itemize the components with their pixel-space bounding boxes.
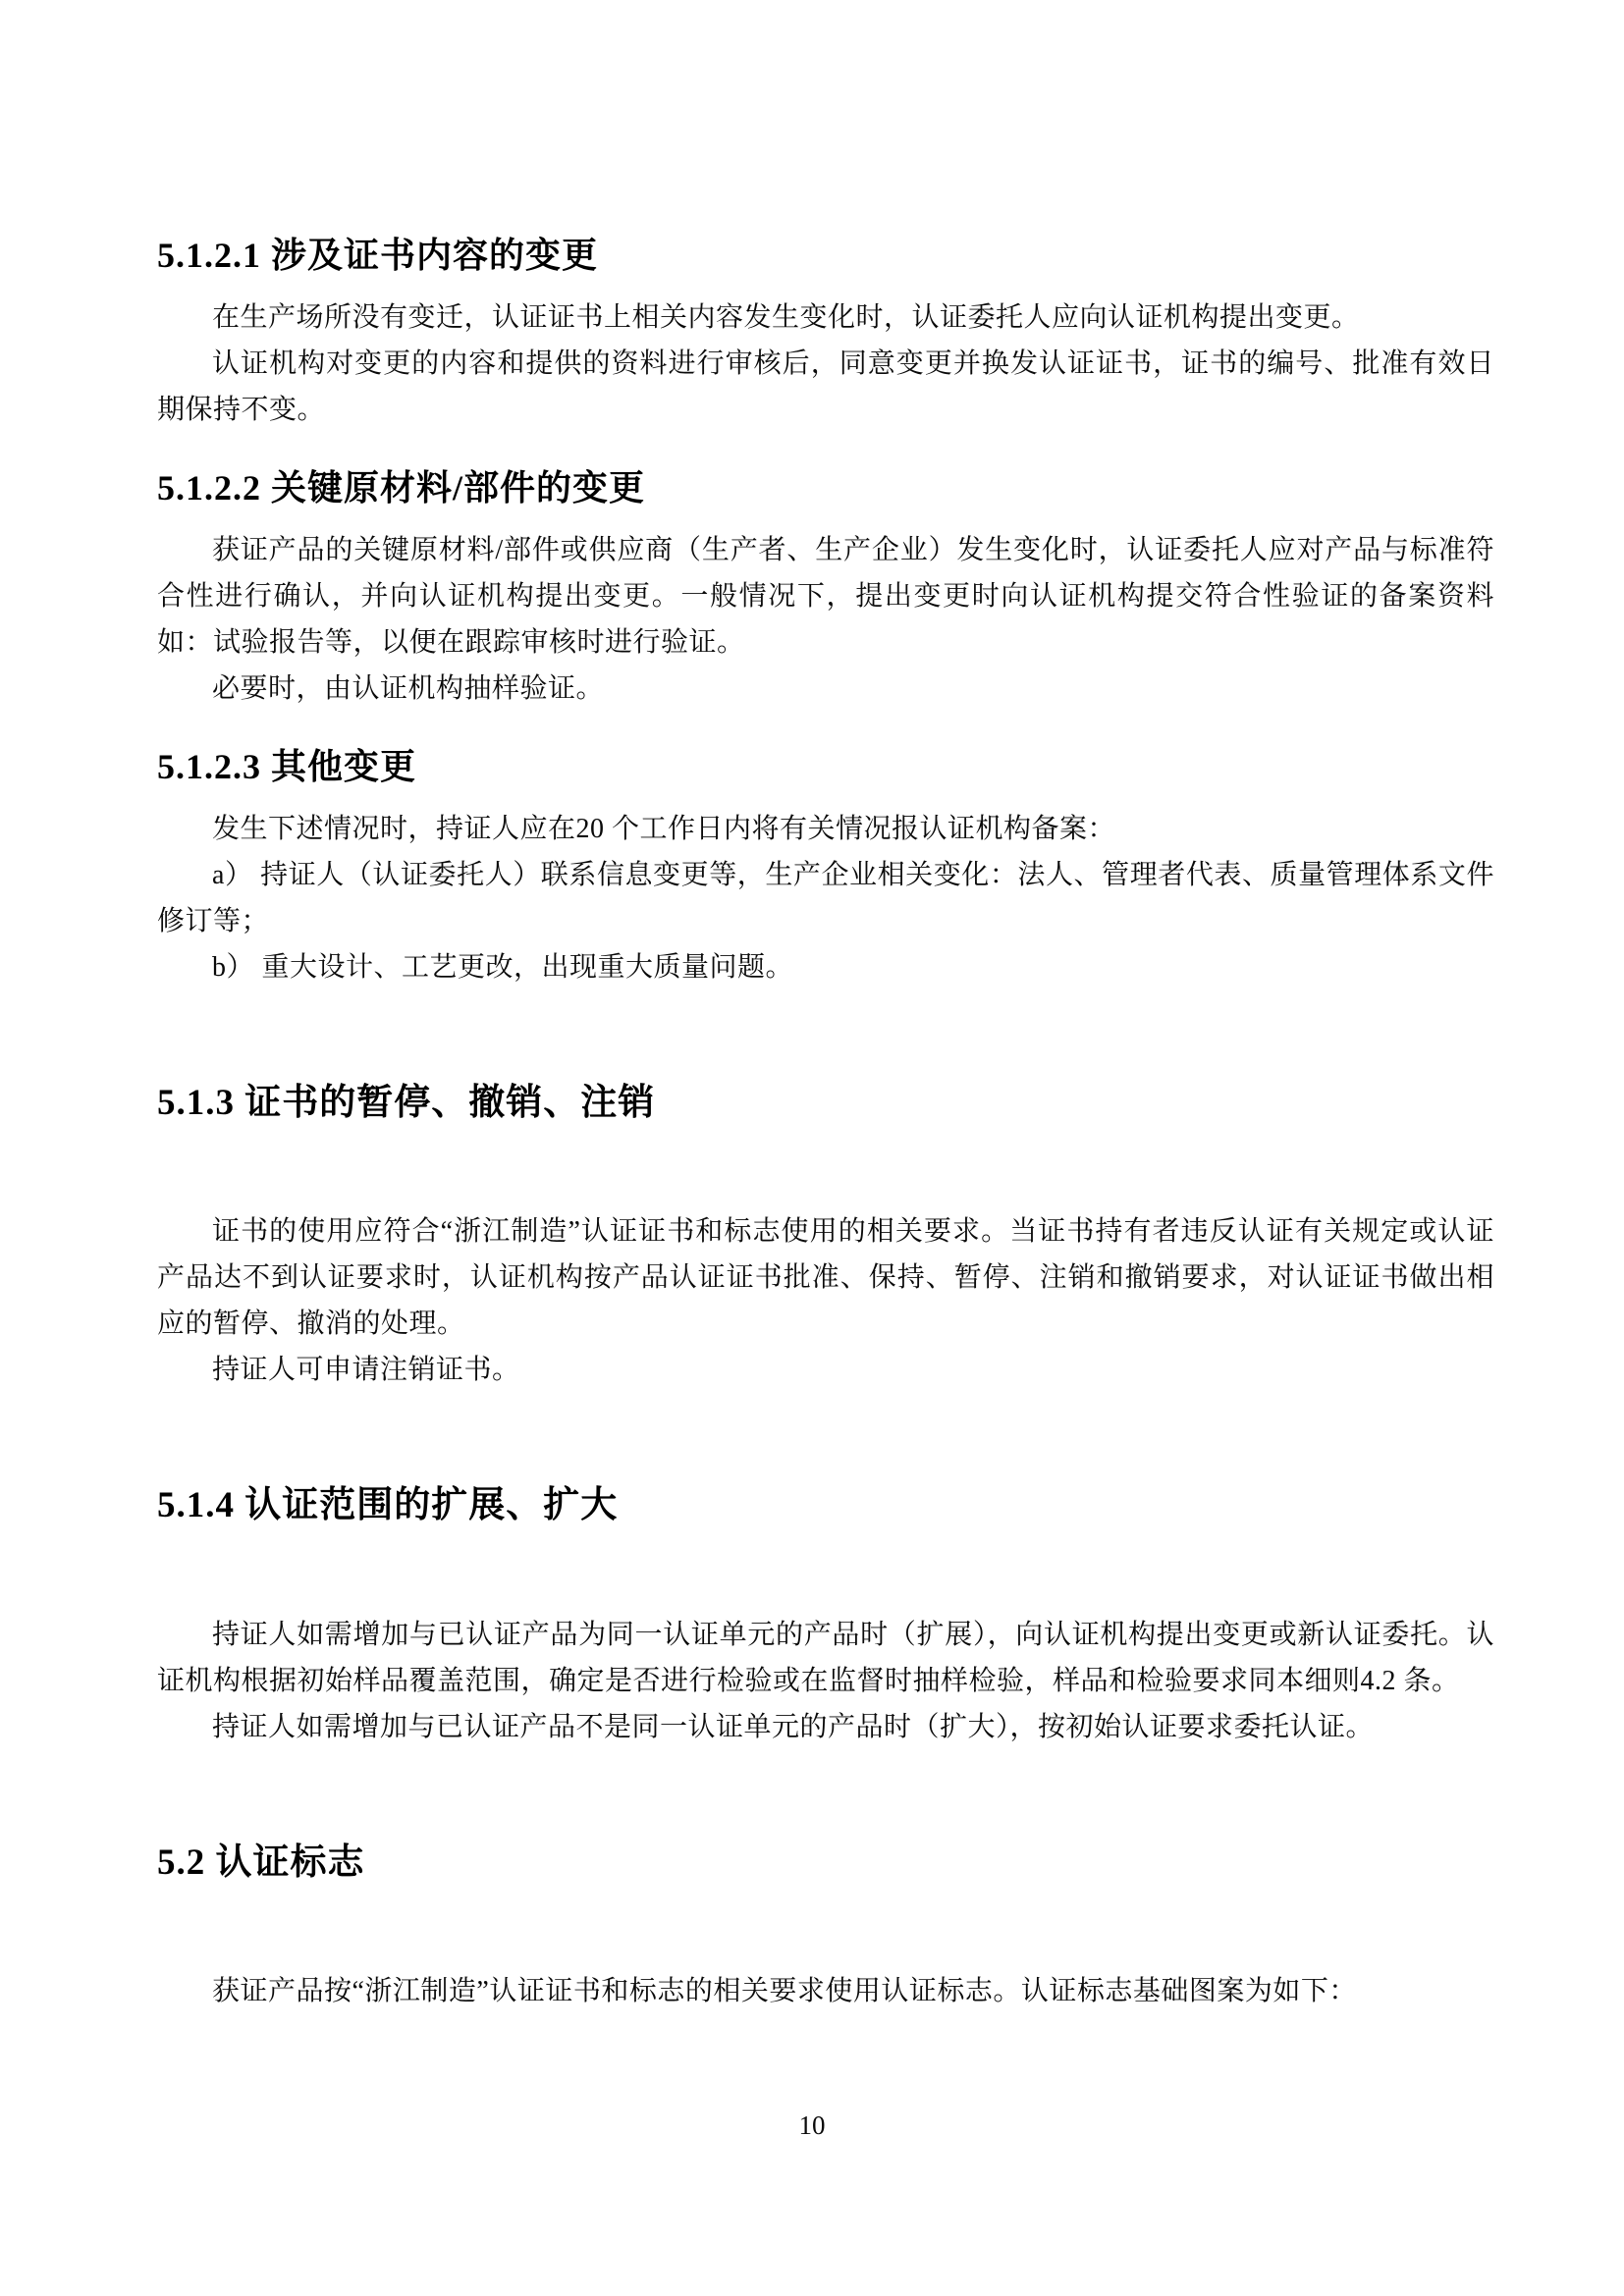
paragraph-suspension-revocation-2: 持证人可申请注销证书。 xyxy=(157,1347,1494,1393)
document-page: 5.1.2.1 涉及证书内容的变更 在生产场所没有变迁，认证证书上相关内容发生变… xyxy=(0,0,1624,2296)
paragraph-scope-expansion-2: 持证人如需增加与已认证产品不是同一认证单元的产品时（扩大），按初始认证要求委托认… xyxy=(157,1704,1494,1750)
paragraph-suspension-revocation-1: 证书的使用应符合“浙江制造”认证证书和标志使用的相关要求。当证书持有者违反认证有… xyxy=(157,1208,1494,1347)
heading-5-1-2-2: 5.1.2.2 关键原材料/部件的变更 xyxy=(157,466,1494,510)
paragraph-key-materials-change-1: 获证产品的关键原材料/部件或供应商（生产者、生产企业）发生变化时，认证委托人应对… xyxy=(157,527,1494,666)
heading-5-1-4: 5.1.4 认证范围的扩展、扩大 xyxy=(157,1483,1494,1528)
paragraph-certification-mark: 获证产品按“浙江制造”认证证书和标志的相关要求使用认证标志。认证标志基础图案为如… xyxy=(157,1968,1494,2014)
paragraph-change-of-certificate-content-2: 认证机构对变更的内容和提供的资料进行审核后，同意变更并换发认证证书，证书的编号、… xyxy=(157,341,1494,433)
heading-5-2: 5.2 认证标志 xyxy=(157,1841,1494,1886)
page-number: 10 xyxy=(799,2110,826,2140)
paragraph-key-materials-change-2: 必要时，由认证机构抽样验证。 xyxy=(157,666,1494,712)
page-footer: 10 xyxy=(0,2110,1624,2141)
paragraph-change-of-certificate-content-1: 在生产场所没有变迁，认证证书上相关内容发生变化时，认证委托人应向认证机构提出变更… xyxy=(157,294,1494,341)
paragraph-scope-expansion-1: 持证人如需增加与已认证产品为同一认证单元的产品时（扩展），向认证机构提出变更或新… xyxy=(157,1612,1494,1704)
heading-5-1-3: 5.1.3 证书的暂停、撤销、注销 xyxy=(157,1081,1494,1126)
paragraph-other-changes-item-a: a） 持证人（认证委托人）联系信息变更等，生产企业相关变化：法人、管理者代表、质… xyxy=(157,852,1494,944)
document-content: 5.1.2.1 涉及证书内容的变更 在生产场所没有变迁，认证证书上相关内容发生变… xyxy=(157,234,1494,2014)
paragraph-other-changes-item-b: b） 重大设计、工艺更改，出现重大质量问题。 xyxy=(157,944,1494,990)
heading-5-1-2-1: 5.1.2.1 涉及证书内容的变更 xyxy=(157,234,1494,278)
heading-5-1-2-3: 5.1.2.3 其他变更 xyxy=(157,745,1494,789)
paragraph-other-changes-intro: 发生下述情况时，持证人应在20 个工作日内将有关情况报认证机构备案： xyxy=(157,806,1494,852)
